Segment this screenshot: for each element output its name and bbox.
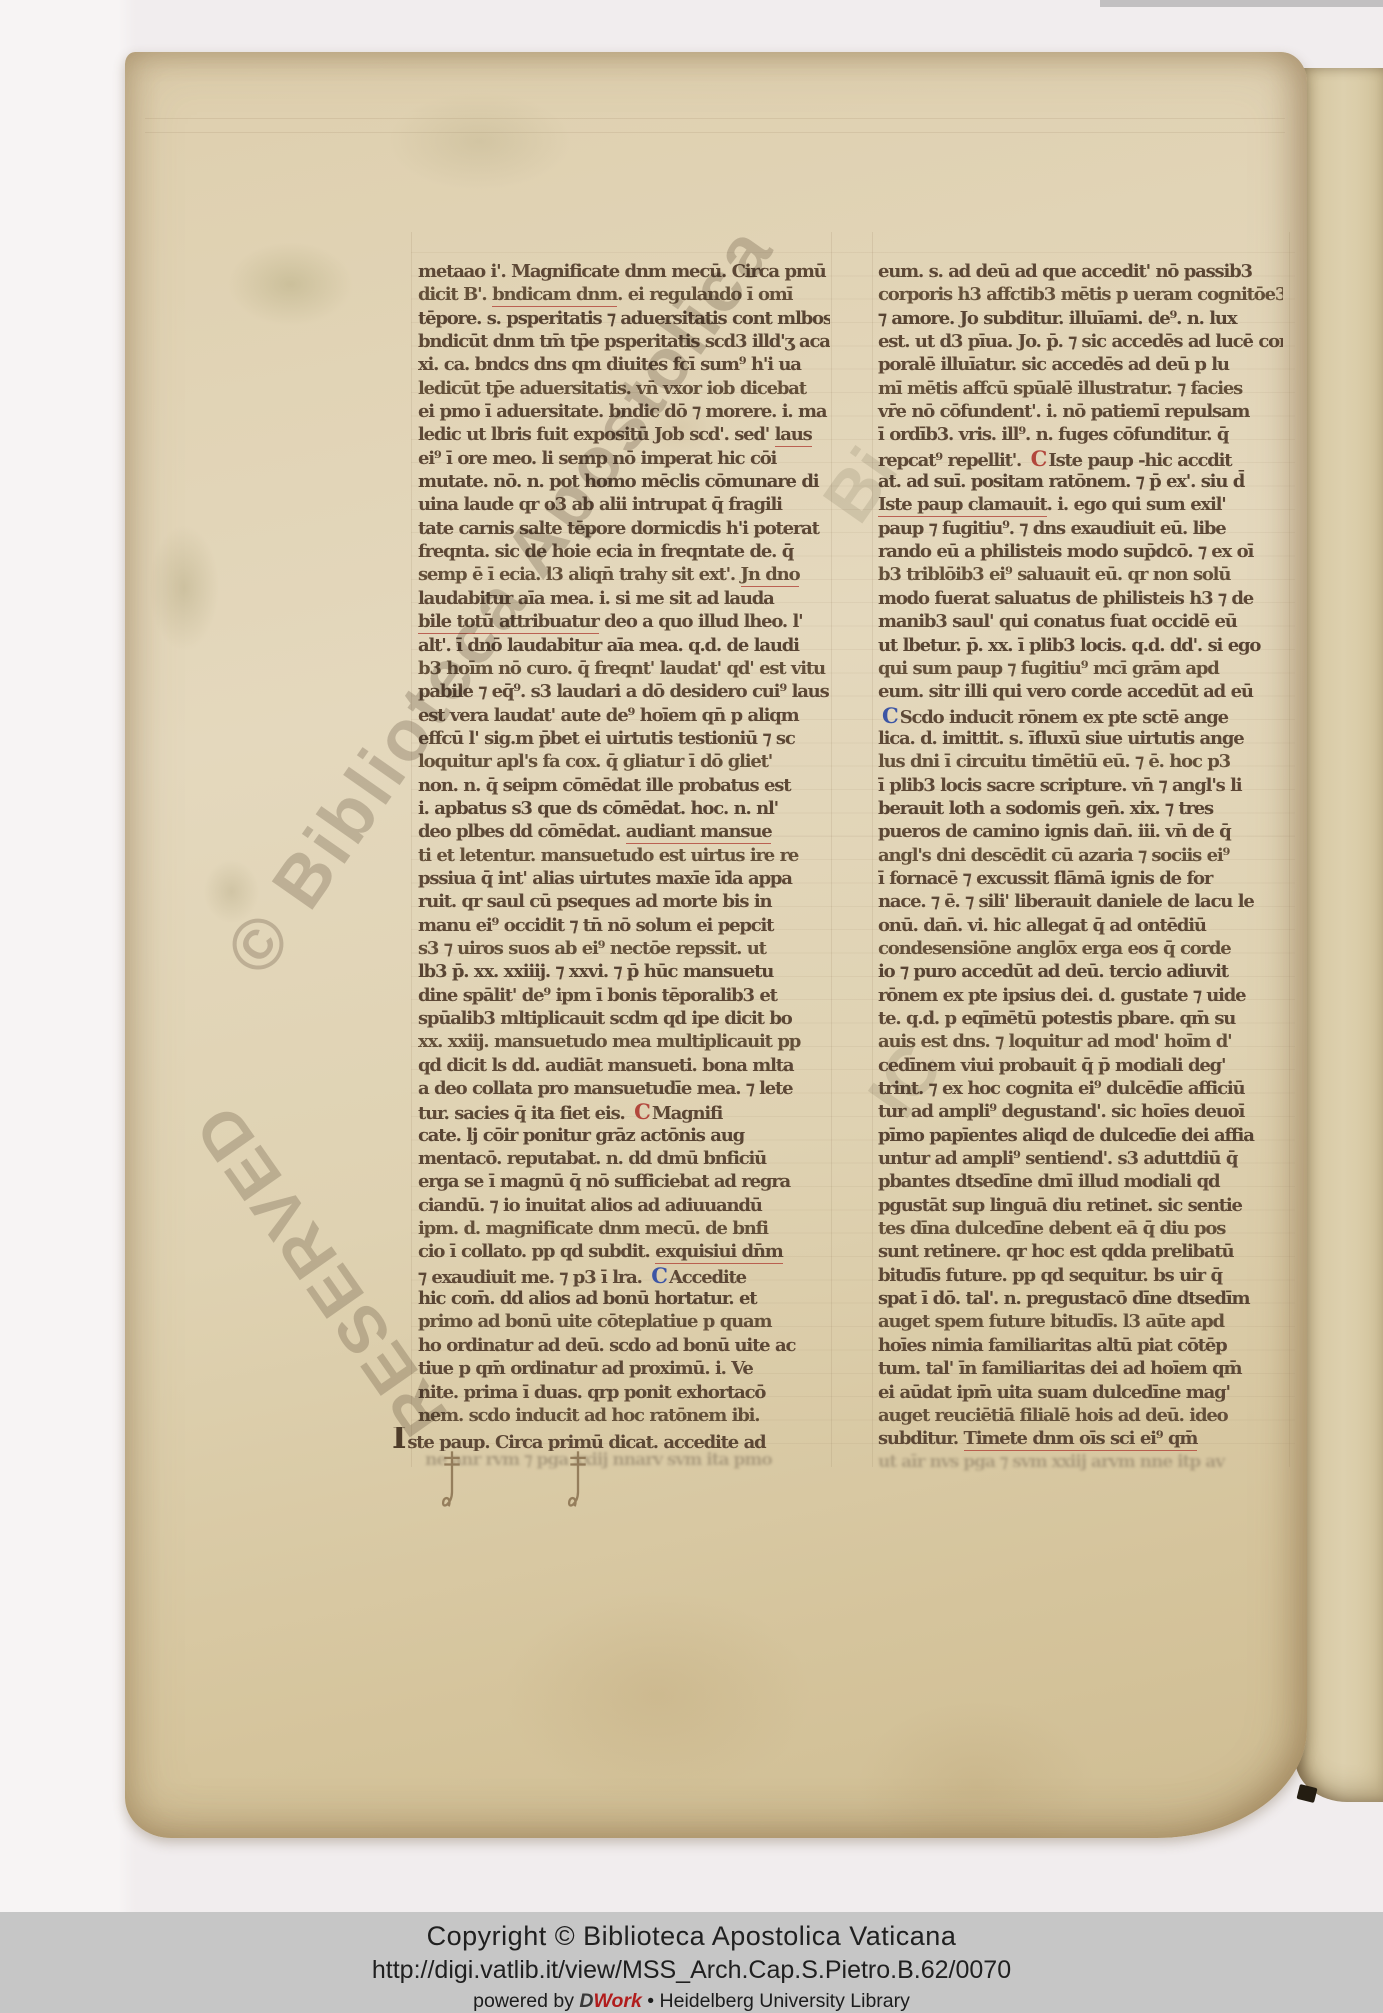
manuscript-line: tur. sacies q̄ ita fiet eis. CMagnifi bbox=[386, 1100, 830, 1123]
rubric-underlined-text: Iste paup -hic accdit bbox=[1048, 450, 1231, 470]
manuscript-line: auis est dns. ⁊ loquitur ad mod' hoīm d' bbox=[846, 1030, 1283, 1053]
image-url: http://digi.vatlib.it/view/MSS_Arch.Cap.… bbox=[0, 1952, 1383, 1985]
manuscript-line: xi. ca. bndcs dns qm diuites fcī sum⁹ h'… bbox=[386, 353, 830, 376]
manuscript-line: eum. s. ad deū ad que accedit' nō passib… bbox=[846, 260, 1283, 283]
dwork-logo-text: D bbox=[579, 1990, 593, 2012]
rubric-underlined-text: illustratur. ⁊ facies bbox=[1077, 378, 1242, 400]
manuscript-line: te. q.d. p eqīmētū potestis pbare. qm̄ s… bbox=[846, 1007, 1283, 1030]
ruling-horizontal-line bbox=[145, 118, 1285, 119]
manuscript-line: paup ⁊ fugitiu⁹. ⁊ dns exaudiuit eū. lib… bbox=[846, 517, 1283, 540]
manuscript-line: ut lbetur. p̄. xx. ī plib3 locis. q.d. d… bbox=[846, 634, 1283, 657]
manuscript-line: at. ad suī. positam ratōnem. ⁊ p̄ ex'. s… bbox=[846, 470, 1283, 493]
manuscript-line: qui sum paup ⁊ fugitiu⁹ mcī grām apd bbox=[846, 657, 1283, 680]
manuscript-line: tiue p qm̄ ordinatur ad proximū. i. Ve bbox=[386, 1357, 830, 1380]
manuscript-line: non. n. q̄ seipm cōmēdat ille probatus e… bbox=[386, 774, 830, 797]
rubric-underlined-text: laus bbox=[775, 424, 812, 446]
rubric-underlined-text: exquisiui dn̄m bbox=[655, 1241, 782, 1263]
manuscript-line: manib3 saul' qui conatus fuat occidē eū bbox=[846, 610, 1283, 633]
rubric-underlined-text: eum bbox=[878, 261, 918, 283]
manuscript-line: est. ut d3 pīua. Jo. p̄. ⁊ sic accedēs a… bbox=[846, 330, 1283, 353]
manuscript-line: ti et letentur. mansuetudo est uirtus ir… bbox=[386, 844, 830, 867]
manuscript-line: spūalib3 mltiplicauit scdm qd ipe dicit … bbox=[386, 1007, 830, 1030]
manuscript-line: est vera laudat' aute de⁹ hoīem qn̄ p al… bbox=[386, 704, 830, 727]
red-pilcrow-mark: C bbox=[634, 1100, 649, 1123]
manuscript-line: metaao i'. Magnificate dnm mecū. Circa p… bbox=[386, 260, 830, 283]
manuscript-line: nite. prima ī duas. qrp ponit exhortacō bbox=[386, 1381, 830, 1404]
manuscript-line: untur ad ampli⁹ sentiend'. s3 aduttdiū q… bbox=[846, 1147, 1283, 1170]
rubric-underlined-text: te bbox=[878, 1008, 895, 1030]
manuscript-line: freqnta. sic de hoie ecia in freqntate d… bbox=[386, 540, 830, 563]
manuscript-line: sunt retinere. qr hoc est qdda prelibatū bbox=[846, 1240, 1283, 1263]
manuscript-line: pabile ⁊ eq̄⁹. s3 laudari a dō desidero … bbox=[386, 680, 830, 703]
rubric-underlined-text: ⁊ dns exaudiuit eū bbox=[1019, 518, 1182, 540]
manuscript-line: lb3 p̄. xx. xxiiij. ⁊ xxvi. ⁊ p̄ hūc man… bbox=[386, 960, 830, 983]
rubric-underlined-text: Jn dno bbox=[741, 564, 800, 586]
manuscript-line: ⁊ exaudiuit me. ⁊ p3 ī lra. CAccedite bbox=[386, 1264, 830, 1287]
manuscript-line: primo ad bonū uite cōteplatiue p quam bbox=[386, 1310, 830, 1333]
manuscript-line: ledic ut lbris fuit expositū Job scd'. s… bbox=[386, 423, 830, 446]
manuscript-line: ciandū. ⁊ io inuitat alios ad adiuuandū bbox=[386, 1194, 830, 1217]
manuscript-line: s3 ⁊ uiros suos ab ei⁹ nectōe repssit. u… bbox=[386, 937, 830, 960]
manuscript-line: xx. xxiij. mansuetudo mea multiplicauit … bbox=[386, 1030, 830, 1053]
manuscript-line: subditur. Timete dnm oīs sci ei⁹ qm̄ bbox=[846, 1427, 1283, 1450]
rubric-underlined-text: Timete dnm oīs sci ei⁹ qm̄ bbox=[964, 1428, 1198, 1450]
ghost-text-line: ne anr rvm ⁊ pga xxiij nnarv svm ita pmo bbox=[425, 1450, 825, 1470]
ruling-vertical-line bbox=[1289, 232, 1290, 1467]
manuscript-line: laudabitur aīa mea. i. si me sit ad laud… bbox=[386, 587, 830, 610]
rubric-underlined-text: imittit bbox=[942, 728, 998, 750]
manuscript-line: uina laude qr o3 ab alii intrupat q̄ fra… bbox=[386, 493, 830, 516]
manuscript-line: ho ordinatur ad deū. scdo ad bonū uite a… bbox=[386, 1334, 830, 1357]
manuscript-line: qd dicit ls dd. audiāt mansueti. bona ml… bbox=[386, 1054, 830, 1077]
manuscript-line: ei⁹ ī ore meo. li semp nō imperat hic cō… bbox=[386, 447, 830, 470]
manuscript-line: CScdo inducit rōnem ex pte sctē ange bbox=[846, 704, 1283, 727]
manuscript-line: onū. dan̄. vi. hic allegat q̄ ad ontēdiū bbox=[846, 914, 1283, 937]
powered-by-prefix: powered by bbox=[473, 1990, 579, 2012]
rubric-underlined-text: gustate ⁊ uide bbox=[1120, 985, 1245, 1007]
right-text-column: eum. s. ad deū ad que accedit' nō passib… bbox=[878, 260, 1283, 1451]
manuscript-line: auget spem future bitudīs. l3 aūte apd bbox=[846, 1310, 1283, 1333]
manuscript-line: dine spālit' de⁹ ipm ī bonis tēporalib3 … bbox=[386, 984, 830, 1007]
manuscript-line: semp ē ī ecia. l3 aliqn̄ trahy sit ext'.… bbox=[386, 563, 830, 586]
manuscript-line: Iste paup clamauit. i. ego qui sum exil' bbox=[846, 493, 1283, 516]
manuscript-line: alt'. ī dnō laudabitur aīa mea. q.d. de … bbox=[386, 634, 830, 657]
manuscript-line: condesensiōne anglōx erga eos q̄ corde bbox=[846, 937, 1283, 960]
manuscript-line: deo plbes dd cōmēdat. audiant mansue bbox=[386, 820, 830, 843]
manuscript-line: ruit. qr saul cū pseques ad morte bis in bbox=[386, 890, 830, 913]
manuscript-page: metaao i'. Magnificate dnm mecū. Circa p… bbox=[125, 52, 1307, 1838]
blue-pilcrow-mark: C bbox=[882, 704, 897, 727]
manuscript-line: tate carnis salte tēpore dormicdis h'i p… bbox=[386, 517, 830, 540]
manuscript-line: a deo collata pro mansuetudīe mea. ⁊ let… bbox=[386, 1077, 830, 1100]
rubric-underlined-text: sacies q̄ ita fiet eis bbox=[454, 1103, 619, 1123]
rubric-underlined-text: audiant mansue bbox=[626, 821, 772, 843]
manuscript-line: hic com̄. dd alios ad bonū hortatur. et bbox=[386, 1287, 830, 1310]
manuscript-line: cio ī collato. pp qd subdit. exquisiui d… bbox=[386, 1240, 830, 1263]
facing-folio-edge bbox=[1295, 68, 1383, 1802]
rubric-underlined-text: ange bbox=[1200, 728, 1244, 750]
manuscript-line: ī fornacē ⁊ excussit flāmā ignis de for bbox=[846, 867, 1283, 890]
ruling-vertical-line bbox=[831, 232, 832, 1467]
rubric-underlined-text: exaudiuit me. ⁊ p3 ī lra bbox=[431, 1267, 636, 1287]
rubric-underlined-text: Magnifi bbox=[652, 1103, 722, 1123]
rubric-underlined-text: illuīami bbox=[1069, 308, 1137, 330]
rubric-underlined-text: Magnificate dnm mecū bbox=[511, 261, 721, 283]
manuscript-line: tum. tal' īn familiaritas dei ad hoīem q… bbox=[846, 1357, 1283, 1380]
manuscript-line: effcū l' sig.m p̄bet ei uirtutis testion… bbox=[386, 727, 830, 750]
manuscript-line: cate. lj cōir ponitur grāz actōnis aug bbox=[386, 1124, 830, 1147]
footer-bar: Copyright © Biblioteca Apostolica Vatica… bbox=[0, 1912, 1383, 2013]
manuscript-line: bile totū attribuatur deo a quo illud lh… bbox=[386, 610, 830, 633]
manuscript-line: tēpore. s. psperitatis ⁊ aduersitatis co… bbox=[386, 307, 830, 330]
dwork-logo-text: Work bbox=[593, 1990, 641, 2012]
manuscript-line: ⁊ amore. Jo subditur. illuīami. de⁹. n. … bbox=[846, 307, 1283, 330]
manuscript-line: ei aūdat ipm̄ uita suam dulcedīne mag' bbox=[846, 1381, 1283, 1404]
rubric-underlined-text: ī dnō laudabitur aīa mea bbox=[456, 635, 677, 657]
rubric-underlined-text: Iste paup clamauit bbox=[878, 494, 1047, 516]
left-text-column: metaao i'. Magnificate dnm mecū. Circa p… bbox=[418, 260, 830, 1451]
manuscript-line: ei pmo ī aduersitate. bndic dō ⁊ morere.… bbox=[386, 400, 830, 423]
ghost-text-line: ut aīr nvs pga ⁊ svm xxiij arvm nne itp … bbox=[878, 1452, 1278, 1472]
manuscript-line: spat ī dō. tal'. n. pregustacō dīne dtse… bbox=[846, 1287, 1283, 1310]
manuscript-line: bndicūt dnm tm̄ tp̄e psperitatis scd3 il… bbox=[386, 330, 830, 353]
manuscript-line: tes dīna dulcedīne debent eā q̄ diu pos bbox=[846, 1217, 1283, 1240]
copyright-line: Copyright © Biblioteca Apostolica Vatica… bbox=[0, 1912, 1383, 1952]
manuscript-line: berauit loth a sodomis gen̄. xix. ⁊ tres bbox=[846, 797, 1283, 820]
manuscript-line: manu ei⁹ occidit ⁊ tn̄ nō solum ei pepci… bbox=[386, 914, 830, 937]
manuscript-line: b3 hoīm nō curo. q̄ freqnt' laudat' qd' … bbox=[386, 657, 830, 680]
rubric-underlined-text: bile totū attribuatur bbox=[418, 611, 599, 633]
quire-tie-mark-icon bbox=[563, 1448, 593, 1514]
rubric-underlined-text: audiāt mansueti bbox=[545, 1055, 692, 1077]
manuscript-line: trint. ⁊ ex hoc cognita ei⁹ dulcēdīe aff… bbox=[846, 1077, 1283, 1100]
manuscript-line: mentacō. reputabat. n. dd dmū bnficiū bbox=[386, 1147, 830, 1170]
manuscript-line: mī mētis affcū spūalē illustratur. ⁊ fac… bbox=[846, 377, 1283, 400]
rubric-underlined-text: tēpore bbox=[418, 308, 476, 330]
photo-background-top-edge bbox=[1100, 0, 1383, 7]
manuscript-line: eum. sitr illi qui vero corde accedūt ad… bbox=[846, 680, 1283, 703]
manuscript-line: dicit B'. bndicam dnm. ei regulando ī om… bbox=[386, 283, 830, 306]
manuscript-line: vr̄e nō cōfundent'. i. nō patiemī repuls… bbox=[846, 400, 1283, 423]
manuscript-line: pbantes dtsedīne dmī illud modiali qd bbox=[846, 1170, 1283, 1193]
powered-by-line: powered by DWork • Heidelberg University… bbox=[0, 1985, 1383, 2013]
manuscript-line: pssiua q̄ int' alias uirtutes maxīe īda … bbox=[386, 867, 830, 890]
manuscript-line: erga se ī magnū q̄ nō sufficiebat ad reg… bbox=[386, 1170, 830, 1193]
manuscript-line: pīmo papīentes aliqd de dulcedīe dei aff… bbox=[846, 1124, 1283, 1147]
manuscript-line: angl's dni descēdit cū azaria ⁊ sociis e… bbox=[846, 844, 1283, 867]
manuscript-line: io ⁊ puro accedūt ad deū. tercio adiuvit bbox=[846, 960, 1283, 983]
manuscript-line: rōnem ex pte ipsius dei. d. gustate ⁊ ui… bbox=[846, 984, 1283, 1007]
manuscript-line: bitudīs future. pp qd sequitur. bs uir q… bbox=[846, 1264, 1283, 1287]
manuscript-line: lica. d. imittit. s. īfluxū siue uirtuti… bbox=[846, 727, 1283, 750]
manuscript-line: modo fuerat saluatus de philisteis h3 ⁊ … bbox=[846, 587, 1283, 610]
powered-by-suffix: • Heidelberg University Library bbox=[642, 1990, 910, 2012]
quire-tie-mark-icon bbox=[437, 1448, 467, 1514]
manuscript-line: i. apbatus s3 que ds cōmēdat. hoc. n. nl… bbox=[386, 797, 830, 820]
manuscript-line: loquitur apl's fa cox. q̄ gliatur ī dō g… bbox=[386, 750, 830, 773]
manuscript-line: tur ad ampli⁹ degustand'. sic hoīes deuo… bbox=[846, 1100, 1283, 1123]
manuscript-line: ledicūt tp̄e aduersitatis. vn̄ vxor iob … bbox=[386, 377, 830, 400]
manuscript-line: ipm. d. magnificate dnm mecū. de bnfi bbox=[386, 1217, 830, 1240]
manuscript-line: poralē illuīatur. sic accedēs ad deū p l… bbox=[846, 353, 1283, 376]
binding-gap-notch bbox=[1296, 1784, 1317, 1803]
manuscript-line: cedīnem viui probauit q̄ p̄ modiali deg' bbox=[846, 1054, 1283, 1077]
rubric-underlined-text: bndicam dnm bbox=[492, 284, 617, 306]
red-pilcrow-mark: C bbox=[1031, 447, 1046, 470]
manuscript-line: nem. scdo inducit ad hoc ratōnem ibi. bbox=[386, 1404, 830, 1427]
manuscript-line: ī ordīb3. vris. ill⁹. n. fuges cōfunditu… bbox=[846, 423, 1283, 446]
rubric-underlined-text: magnificate dnm mecū bbox=[486, 1218, 695, 1240]
manuscript-line: rando eū a philisteis modo sup̄dcō. ⁊ ex… bbox=[846, 540, 1283, 563]
manuscript-line: ī plib3 locis sacre scripture. vn̄ ⁊ ang… bbox=[846, 774, 1283, 797]
manuscript-line: auget reuciētiā filialē hois ad deū. ide… bbox=[846, 1404, 1283, 1427]
blue-pilcrow-mark: C bbox=[651, 1264, 666, 1287]
rubric-underlined-text: ⁊ ex oī bbox=[1198, 541, 1253, 563]
manuscript-line: corporis h3 affctib3 mētis p ueram cogni… bbox=[846, 283, 1283, 306]
manuscript-line: pgustāt sup linguā diu retinet. sic sent… bbox=[846, 1194, 1283, 1217]
manuscript-line: b3 triblōib3 ei⁹ saluauit eū. qr non sol… bbox=[846, 563, 1283, 586]
rubric-underlined-text: freqnta bbox=[418, 541, 484, 563]
manuscript-line: mutate. nō. n. pot homo mēclis cōmunare … bbox=[386, 470, 830, 493]
ruling-horizontal-line bbox=[145, 132, 1285, 133]
manuscript-line: lus dni ī circuitu timētiū eū. ⁊ ē. hoc … bbox=[846, 750, 1283, 773]
manuscript-line: hoīes nimia familiaritas altū piat cōtēp bbox=[846, 1334, 1283, 1357]
large-initial: I bbox=[392, 1427, 407, 1450]
manuscript-line: nace. ⁊ ē. ⁊ sili' liberauit daniele de … bbox=[846, 890, 1283, 913]
manuscript-line: repcat⁹ repellit'. CIste paup -hic accdi… bbox=[846, 447, 1283, 470]
manuscript-line: pueros de camino ignis dan̄. iii. vn̄ de… bbox=[846, 820, 1283, 843]
